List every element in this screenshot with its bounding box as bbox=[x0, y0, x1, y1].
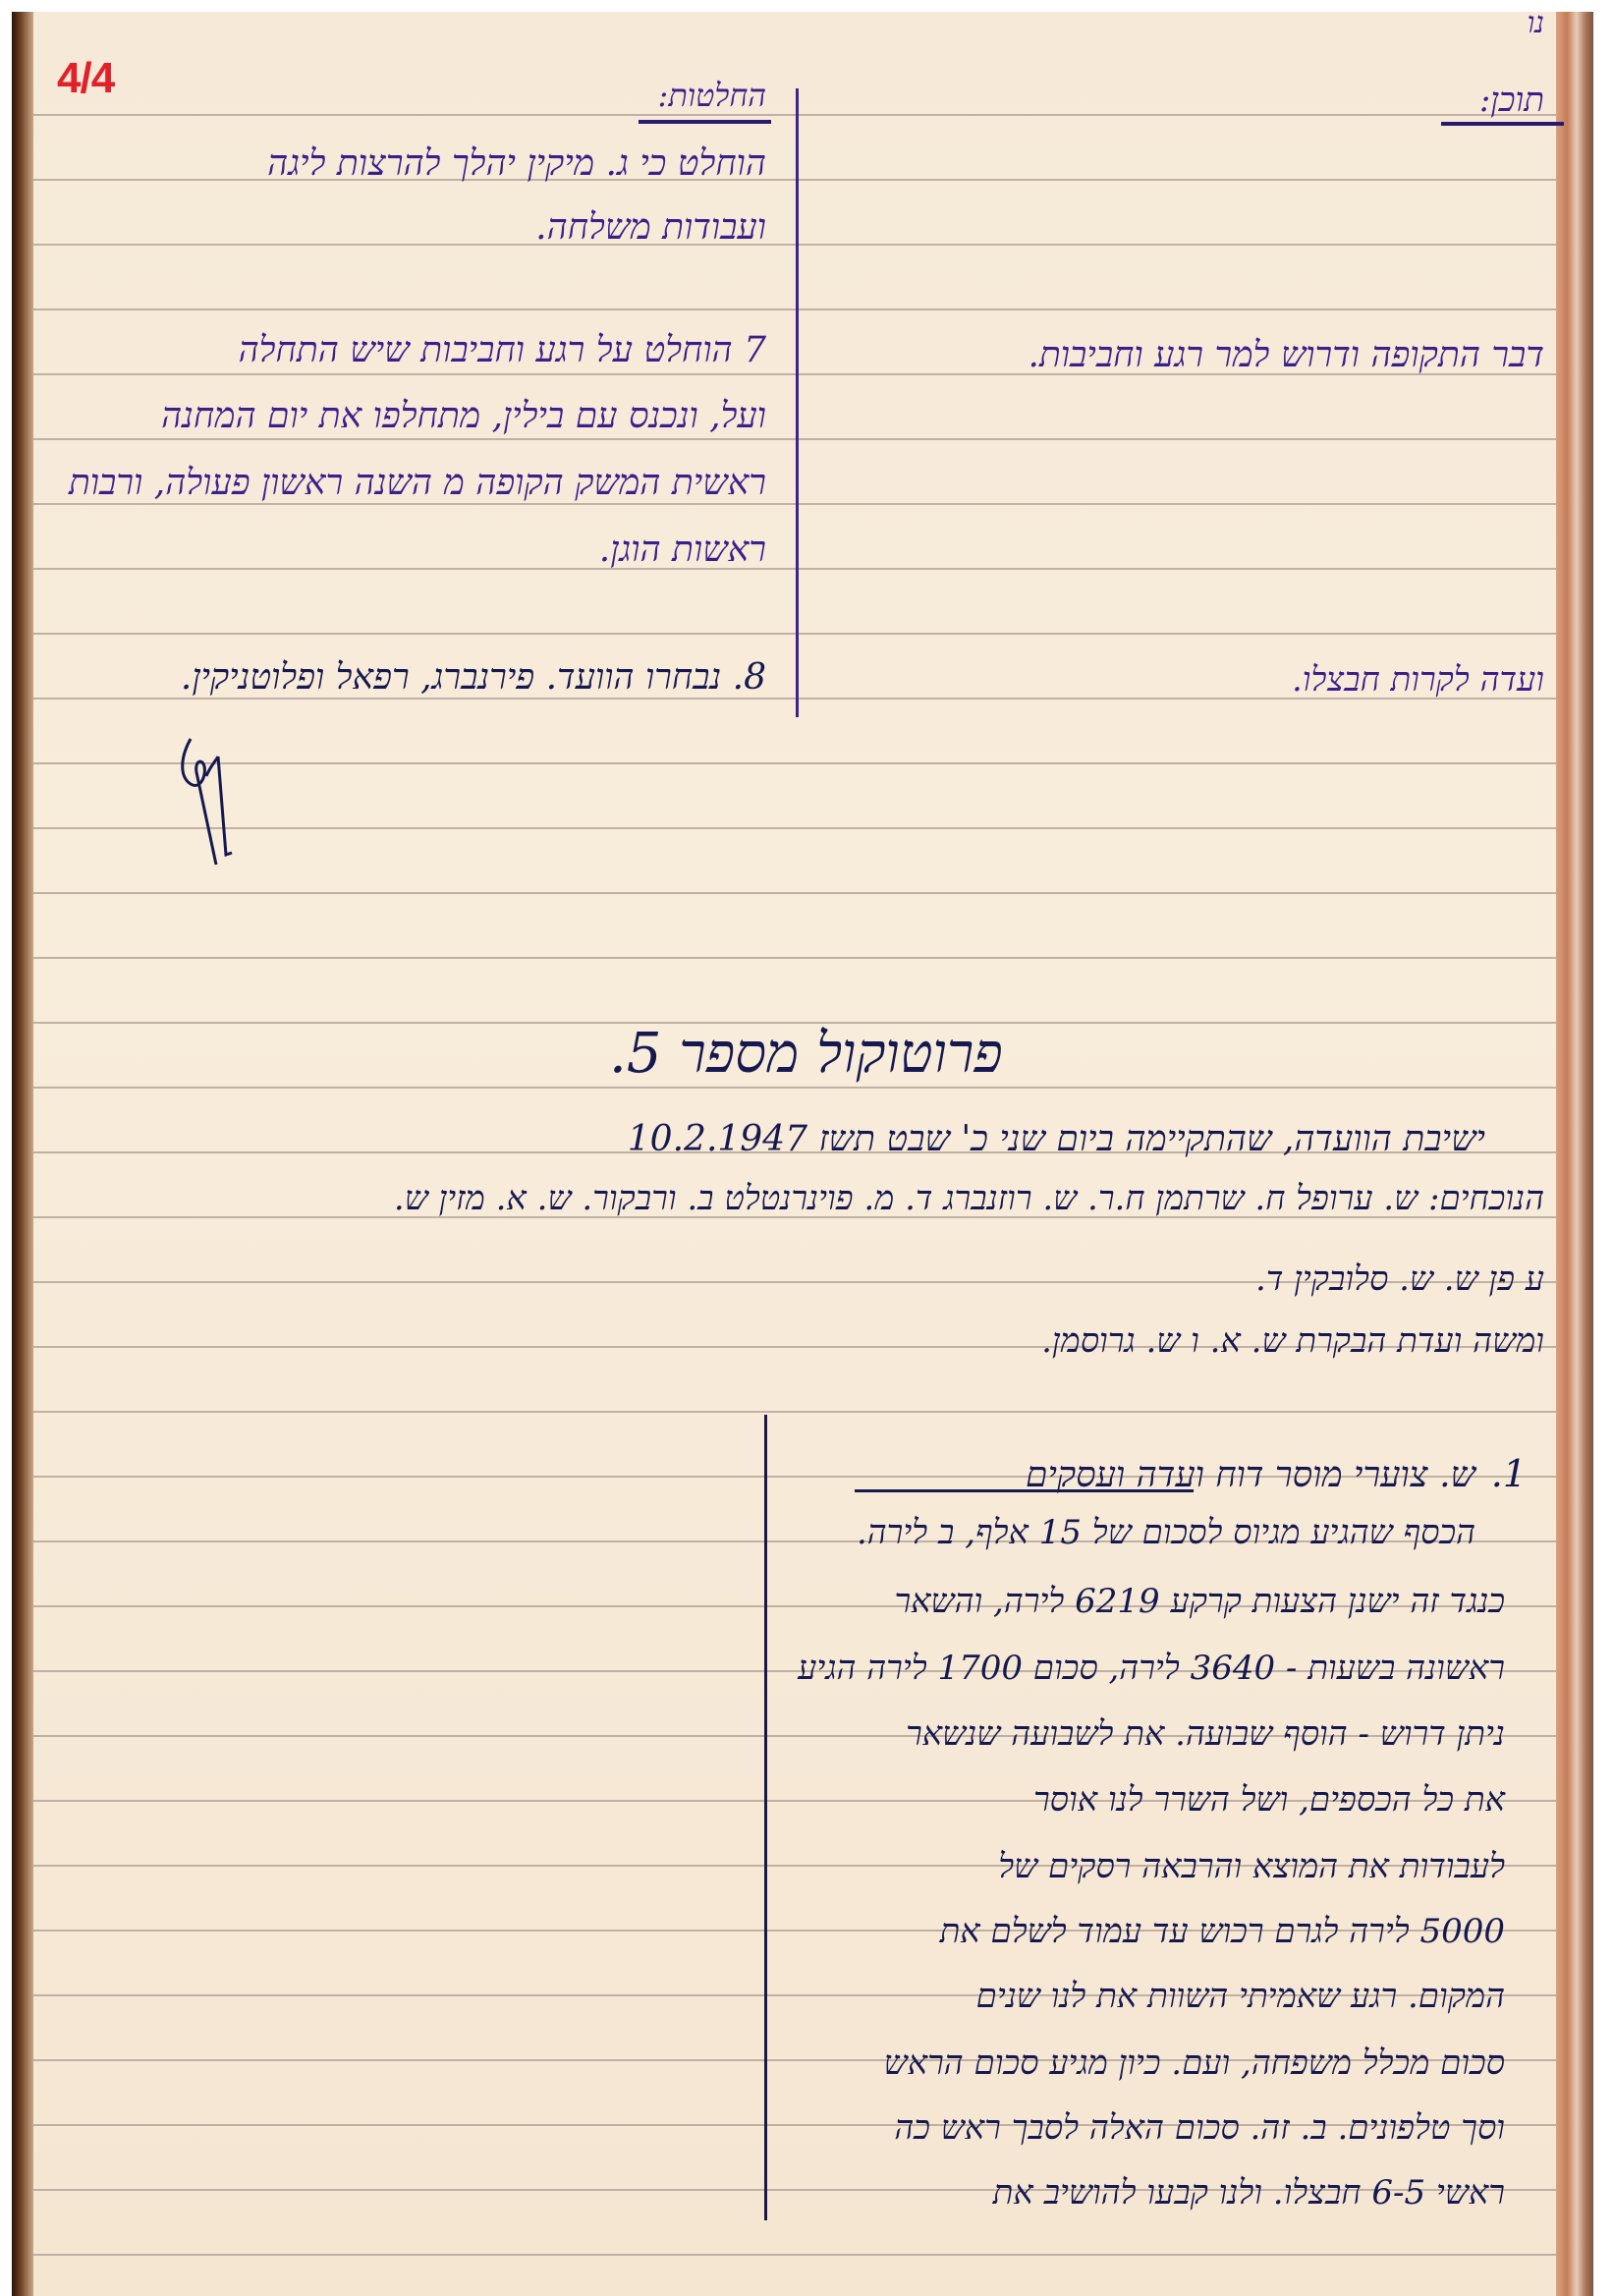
decision-7-line-4: ראשות הוגן. bbox=[599, 529, 766, 570]
item-1-number: 1. bbox=[1491, 1452, 1527, 1495]
decision-8-line: 8. נבחרו הוועד. פירנברג, רפאל ופלוטניקין… bbox=[181, 656, 766, 698]
contents-item-8: ועדה לקרות חבצלו. bbox=[1292, 660, 1544, 700]
item-1-body-line-9: סכום מכלל משפחה, ועם. כיון מגיע סכום הרא… bbox=[884, 2044, 1505, 2083]
ruled-line bbox=[33, 2254, 1556, 2256]
decision-7-line-2: ועל, ונכנס עם בילין, מתחלפו את יום המחנה bbox=[161, 395, 766, 436]
ruled-line bbox=[33, 244, 1556, 246]
ruled-line bbox=[33, 438, 1556, 440]
item-1-body-line-6: לעבודות את המוצא והרבאה רסקים של bbox=[998, 1847, 1505, 1886]
item-1-heading-underline bbox=[855, 1489, 1194, 1492]
ruled-line bbox=[33, 827, 1556, 829]
top-right-fragment: נו bbox=[1528, 6, 1544, 40]
page-marker: 4/4 bbox=[57, 54, 114, 103]
item-1-body-line-10: וסך טלפונים. ב. זה. סכום האלה לסבך ראש כ… bbox=[894, 2108, 1505, 2148]
ruled-line bbox=[33, 179, 1556, 181]
decision-7-line-3: ראשית המשק הקופה מ השנה ראשון פעולה, ורב… bbox=[69, 462, 766, 503]
item-1-body-line-3: ראשונה בשעות - 3640 לירה, סכום 1700 לירה… bbox=[798, 1649, 1505, 1688]
ruled-line bbox=[33, 892, 1556, 894]
ruled-line bbox=[33, 957, 1556, 959]
ruled-line bbox=[33, 114, 1556, 116]
decision-intro-line-1: הוחלט כי ג. מיקין יהלך להרצות ליגה bbox=[267, 142, 766, 184]
ruled-line bbox=[33, 1087, 1556, 1089]
item-1-body-line-2: כנגד זה ישנן הצעות קרקע 6219 לירה, והשאר bbox=[894, 1582, 1505, 1621]
ruled-line bbox=[33, 1411, 1556, 1413]
decision-intro-line-2: ועבודות משלחה. bbox=[535, 206, 766, 248]
item-1-body-line-5: את כל הכספים, ושל השרר לנו אוסר bbox=[1033, 1780, 1505, 1820]
ruled-line bbox=[33, 633, 1556, 635]
attendees-line-2: ע פן ש. ש. סלובקין ד. bbox=[1255, 1260, 1544, 1299]
contents-header-underline bbox=[1441, 122, 1564, 126]
guests-line: ומשה ועדת הבקרת ש. א. ו ש. גרוסמן. bbox=[1041, 1321, 1544, 1361]
column-divider bbox=[796, 88, 799, 717]
decisions-header-underline bbox=[639, 120, 771, 124]
item-1-body-line-4: ניתן דרוש - הוסף שבועה. את לשבועה שנשאר bbox=[906, 1714, 1505, 1754]
contents-item-7: דבר התקופה ודרוש למר רגע וחביבות. bbox=[1028, 334, 1544, 375]
item-1-body-line-1: הכסף שהגיע מגיוס לסכום של 15 אלף, ב לירה… bbox=[857, 1513, 1475, 1552]
ruled-line bbox=[33, 568, 1556, 570]
decision-7-line-1: 7 הוחלט על רגע וחביבות שיש התחלה bbox=[239, 329, 766, 370]
meeting-line: ישיבת הוועדה, שהתקיימה ביום שני כ' שבט ת… bbox=[628, 1118, 1485, 1159]
item-divider bbox=[764, 1415, 767, 2220]
ruled-line bbox=[33, 762, 1556, 764]
ruled-line bbox=[33, 503, 1556, 505]
attendees-line-1: הנוכחים: ש. ערופל ח. שרתמן ח.ר. ש. רוזנב… bbox=[394, 1179, 1544, 1218]
item-1-body-line-11: ראשי 6-5 חבצלו. ולנו קבעו להושיב את bbox=[993, 2173, 1505, 2212]
item-1-body-line-8: המקום. רגע שאמיתי השוות את לנו שנים bbox=[976, 1977, 1505, 2016]
signature-icon bbox=[177, 737, 255, 874]
book-spine bbox=[12, 12, 33, 2296]
ruled-line bbox=[33, 308, 1556, 310]
protocol-title: פרוטוקול מספר 5. bbox=[609, 1022, 1003, 1086]
page-edge bbox=[1556, 12, 1593, 2296]
item-1-body-line-7: 5000 לירה לגרם רכוש עד עמוד לשלם את bbox=[940, 1912, 1505, 1951]
contents-header: תוכן: bbox=[1479, 81, 1544, 120]
decisions-header: החלטות: bbox=[658, 77, 766, 114]
